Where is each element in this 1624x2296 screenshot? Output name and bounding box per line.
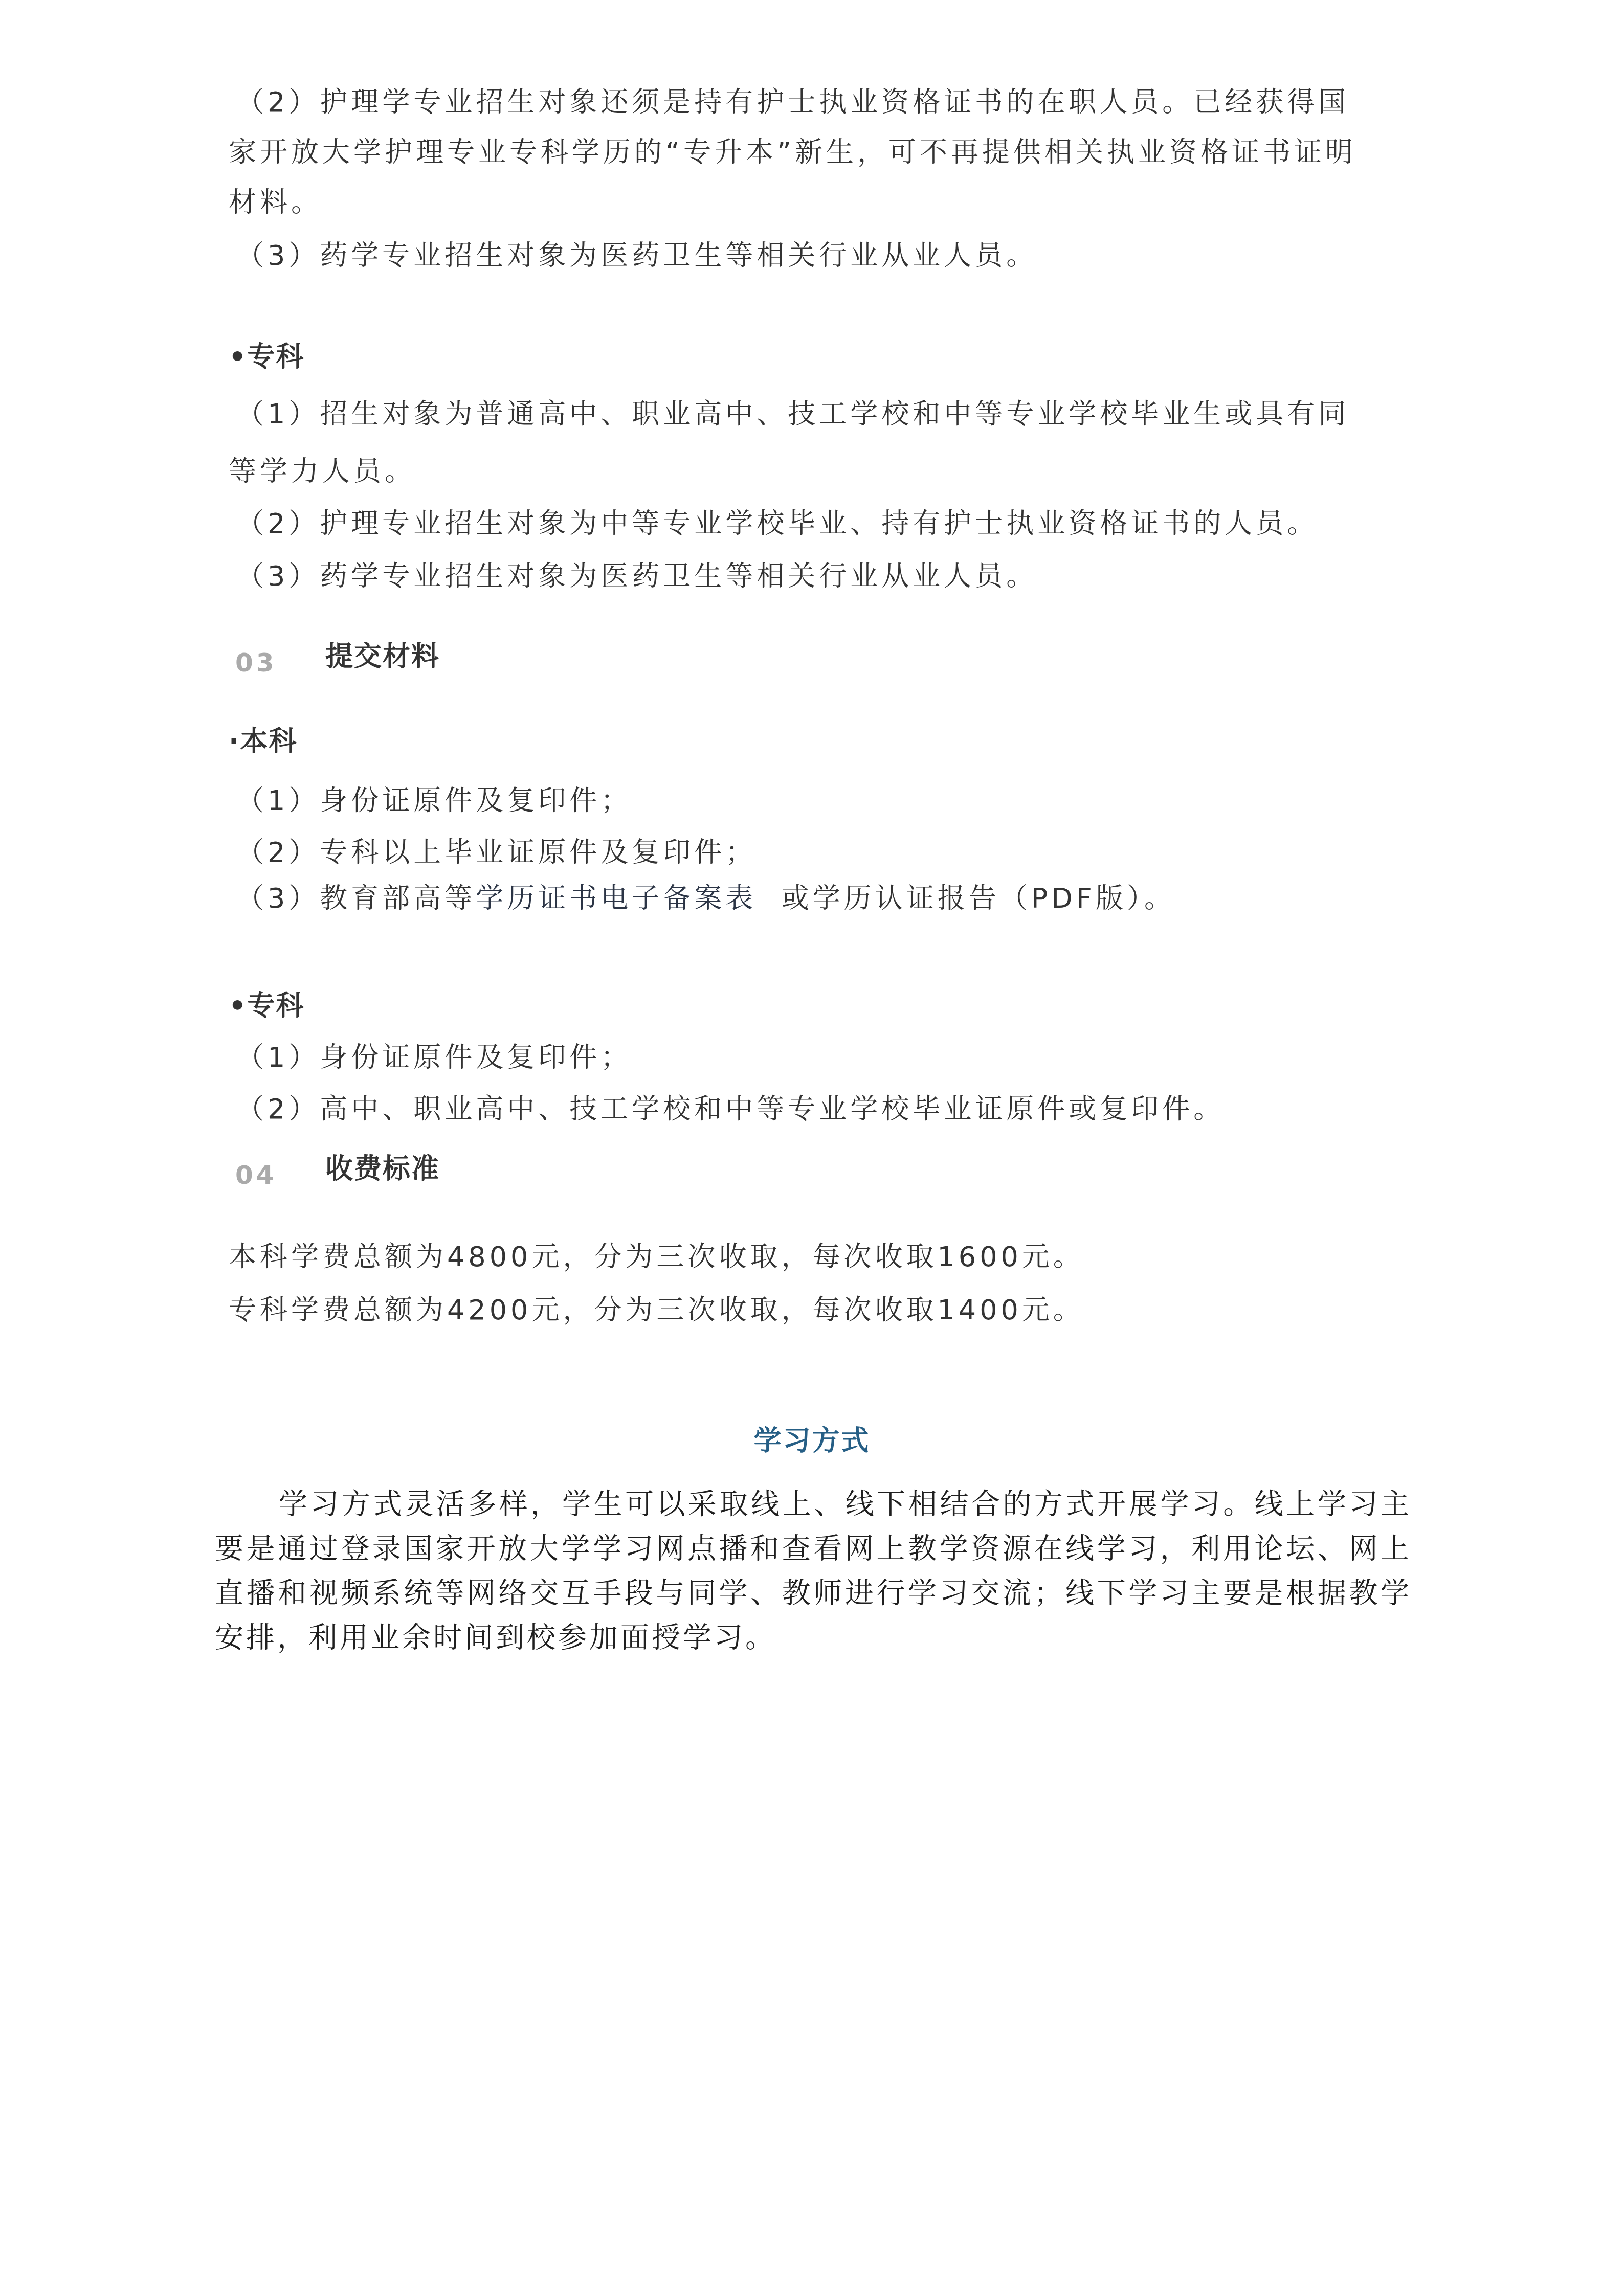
undergrad-requirement-2-line-3: 材料。 (229, 187, 322, 218)
junior-requirement-3: （3）药学专业招生对象为医药卫生等相关行业从业人员。 (236, 561, 1037, 592)
section-title-materials: 提交材料 (325, 641, 440, 672)
materials-junior-item-1: （1）身份证原件及复印件； (236, 1042, 632, 1073)
materials-undergrad-item-3: （3）教育部高等学历证书电子备案表 或学历认证报告（PDF版）。 (236, 883, 1175, 914)
materials-junior-heading: •专科 (229, 991, 305, 1021)
undergrad-requirement-2-line-2: 家开放大学护理专业专科学历的“专升本”新生，可不再提供相关执业资格证书证明 (229, 137, 1356, 168)
section-number-03: 03 (235, 647, 277, 678)
materials-undergrad-heading: ·本科 (229, 726, 298, 757)
materials-undergrad-item-2: （2）专科以上毕业证原件及复印件； (236, 837, 757, 868)
materials-junior-item-2: （2）高中、职业高中、技工学校和中等专业学校毕业证原件或复印件。 (236, 1094, 1225, 1124)
item-3-prefix: （3）教育部高等 (236, 882, 476, 914)
junior-requirements-heading: •专科 (229, 342, 305, 372)
learning-method-title: 学习方式 (0, 1426, 1624, 1456)
junior-requirement-1-line-1: （1）招生对象为普通高中、职业高中、技工学校和中等专业学校毕业生或具有同 (236, 399, 1349, 430)
undergrad-requirement-2-line-1: （2）护理学专业招生对象还须是持有护士执业资格证书的在职人员。已经获得国 (236, 87, 1349, 118)
learning-method-paragraph: 学习方式灵活多样，学生可以采取线上、线下相结合的方式开展学习。线上学习主要是通过… (215, 1482, 1412, 1660)
junior-requirement-2: （2）护理专业招生对象为中等专业学校毕业、持有护士执业资格证书的人员。 (236, 508, 1318, 539)
section-title-fees: 收费标准 (325, 1154, 440, 1184)
fee-undergrad: 本科学费总额为4800元，分为三次收取，每次收取1600元。 (229, 1242, 1084, 1272)
junior-requirement-1-line-2: 等学力人员。 (229, 456, 416, 487)
document-page: （2）护理学专业招生对象还须是持有护士执业资格证书的在职人员。已经获得国 家开放… (0, 0, 1624, 2296)
section-number-04: 04 (235, 1160, 277, 1190)
materials-undergrad-item-1: （1）身份证原件及复印件； (236, 785, 632, 816)
item-3-suffix: 或学历认证报告（PDF版）。 (757, 882, 1175, 914)
undergrad-requirement-3: （3）药学专业招生对象为医药卫生等相关行业从业人员。 (236, 240, 1037, 271)
fee-junior: 专科学费总额为4200元，分为三次收取，每次收取1400元。 (229, 1295, 1084, 1325)
record-form-highlight: 学历证书电子备案表 (476, 882, 757, 914)
